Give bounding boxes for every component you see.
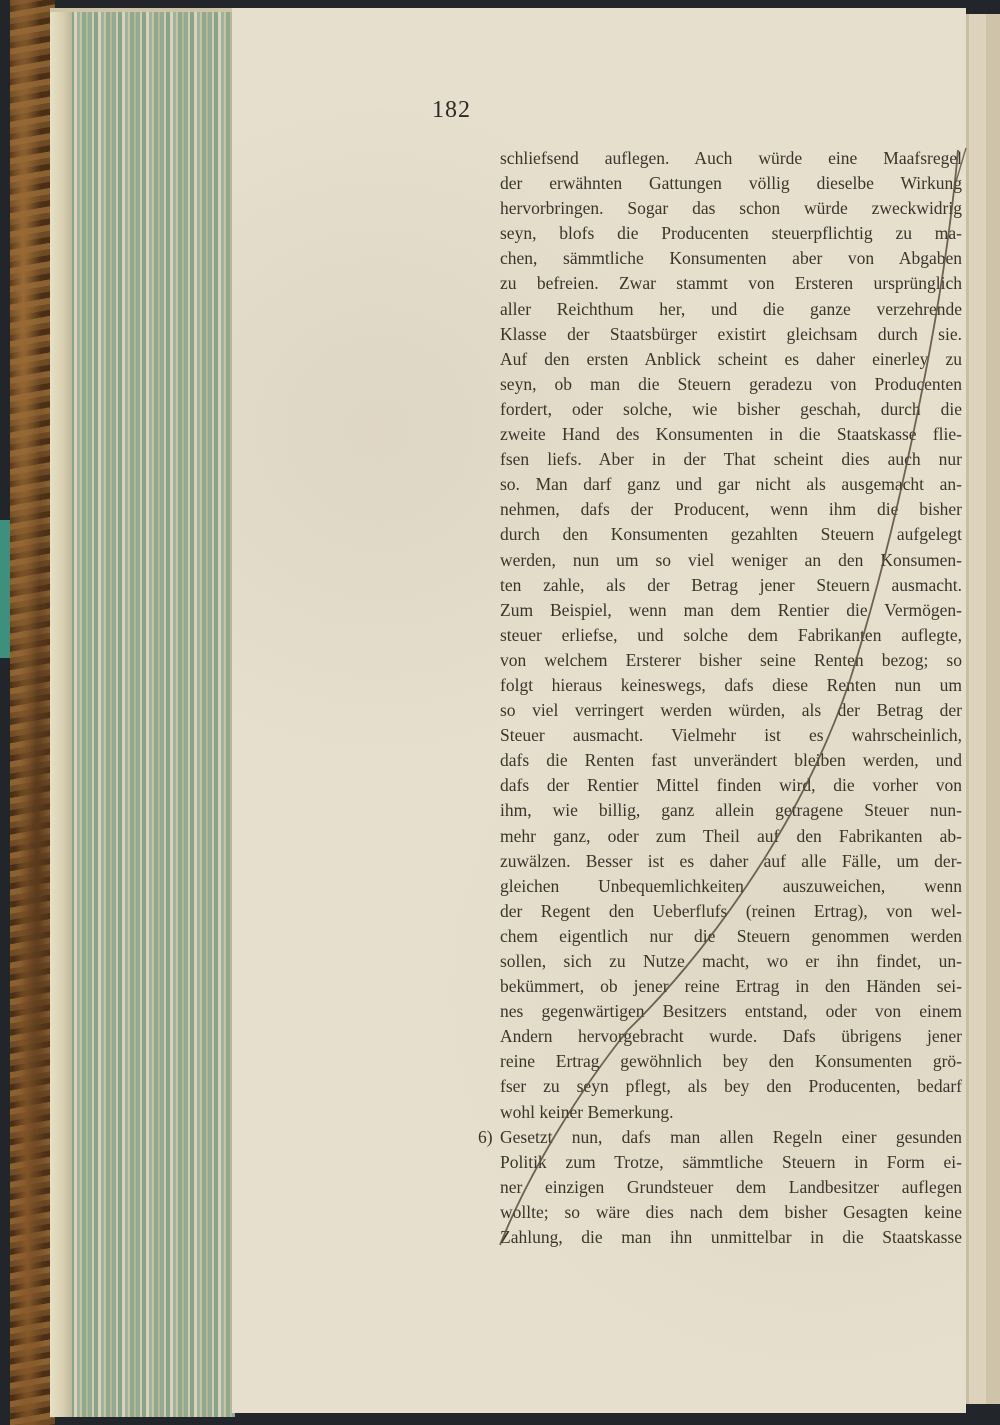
text-line: seyn, ob man die Steuern geradezu von Pr… <box>500 372 962 397</box>
text-line: fsen liefs. Aber in der That scheint die… <box>500 447 962 472</box>
text-line: reine Ertrag gewöhnlich bey den Konsumen… <box>500 1049 962 1074</box>
marbled-book-cover <box>10 0 55 1425</box>
text-line: Zahlung, die man ihn unmittelbar in die … <box>500 1225 962 1250</box>
text-line: Zum Beispiel, wenn man dem Rentier die V… <box>500 598 962 623</box>
text-line: hervorbringen. Sogar das schon würde zwe… <box>500 196 962 221</box>
text-line: wollte; so wäre dies nach dem bisher Ges… <box>500 1200 962 1225</box>
text-line: dafs die Renten fast unverändert bleiben… <box>500 748 962 773</box>
text-line: folgt hieraus keineswegs, dafs diese Ren… <box>500 673 962 698</box>
text-line: ner einzigen Grundsteuer dem Landbesitze… <box>500 1175 962 1200</box>
paragraph-6: 6) Gesetzt nun, dafs man allen Regeln ei… <box>500 1125 962 1250</box>
text-line: Klasse der Staatsbürger existirt gleichs… <box>500 322 962 347</box>
text-line: sollen, sich zu Nutze macht, wo er ihn f… <box>500 949 962 974</box>
text-line: ihm, wie billig, ganz allein getragene S… <box>500 798 962 823</box>
text-line: so viel verringert werden würden, als de… <box>500 698 962 723</box>
stacked-page-edges <box>50 8 235 1417</box>
text-line: der Regent den Ueberflufs (reinen Ertrag… <box>500 899 962 924</box>
text-line: nehmen, dafs der Producent, wenn ihm die… <box>500 497 962 522</box>
text-line: aller Reichthum her, und die ganze verze… <box>500 297 962 322</box>
text-line: werden, nun um so viel weniger an den Ko… <box>500 548 962 573</box>
text-line: dafs der Rentier Mittel finden wird, die… <box>500 773 962 798</box>
text-line: ten zahle, als der Betrag jener Steuern … <box>500 573 962 598</box>
text-line: Andern hervorgebracht wurde. Dafs übrige… <box>500 1024 962 1049</box>
page-number: 182 <box>432 97 471 124</box>
page-edge-highlight <box>50 12 72 1417</box>
text-line: durch den Konsumenten gezahlten Steuern … <box>500 522 962 547</box>
text-line: zuwälzen. Besser ist es daher auf alle F… <box>500 849 962 874</box>
body-text: schliefsend auflegen. Auch würde eine Ma… <box>500 146 962 1250</box>
text-line: zweite Hand des Konsumenten in die Staat… <box>500 422 962 447</box>
text-line: Gesetzt nun, dafs man allen Regeln einer… <box>500 1125 962 1150</box>
text-line: Politik zum Trotze, sämmtliche Steuern i… <box>500 1150 962 1175</box>
text-line: chen, sämmtliche Konsumenten aber von Ab… <box>500 246 962 271</box>
text-line: nes gegenwärtigen Besitzers entstand, od… <box>500 999 962 1024</box>
text-line: steuer erliefse, und solche dem Fabrikan… <box>500 623 962 648</box>
text-line: mehr ganz, oder zum Theil auf den Fabrik… <box>500 824 962 849</box>
text-line: bekümmert, ob jener reine Ertrag in den … <box>500 974 962 999</box>
facing-page-edge <box>966 14 1000 1404</box>
text-line: fordert, oder solche, wie bisher geschah… <box>500 397 962 422</box>
text-line: der erwähnten Gattungen völlig dieselbe … <box>500 171 962 196</box>
text-line: schliefsend auflegen. Auch würde eine Ma… <box>500 146 962 171</box>
text-line: fser zu seyn pflegt, als bey den Produce… <box>500 1074 962 1099</box>
text-line: Auf den ersten Anblick scheint es daher … <box>500 347 962 372</box>
text-line: chem eigentlich nur die Steuern genommen… <box>500 924 962 949</box>
text-line: wohl keiner Bemerkung. <box>500 1100 962 1125</box>
text-line: seyn, blofs die Producenten steuerpflich… <box>500 221 962 246</box>
paragraph-number: 6) <box>478 1125 493 1150</box>
text-line: zu befreien. Zwar stammt von Ersteren ur… <box>500 271 962 296</box>
text-line: so. Man darf ganz und gar nicht als ausg… <box>500 472 962 497</box>
text-line: von welchem Ersterer bisher seine Renten… <box>500 648 962 673</box>
text-line: Steuer ausmacht. Vielmehr ist es wahrsch… <box>500 723 962 748</box>
text-line: gleichen Unbequemlichkeiten auszuweichen… <box>500 874 962 899</box>
